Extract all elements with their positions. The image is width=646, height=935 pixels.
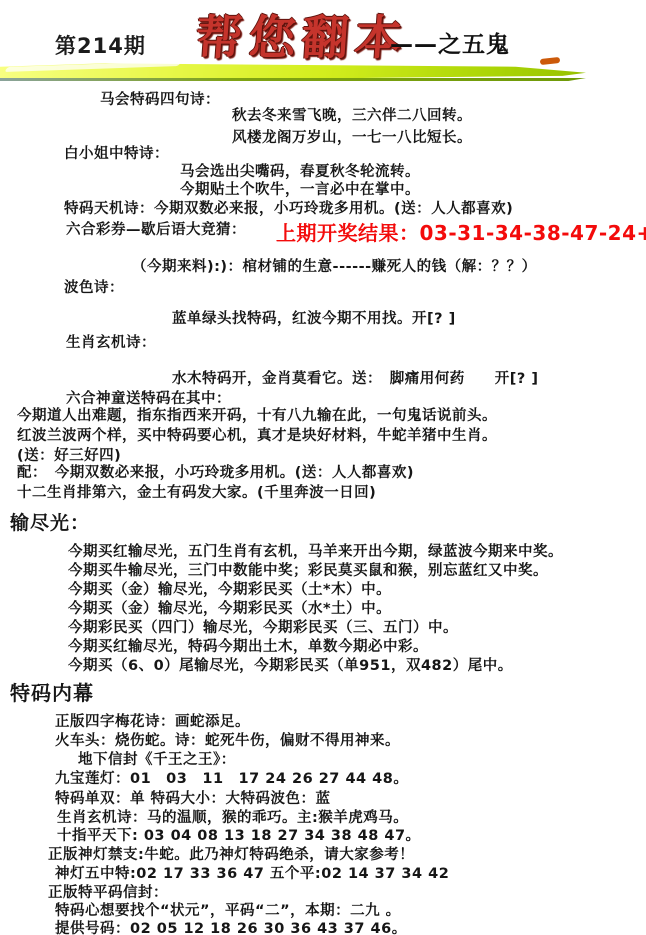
neimu-shendeng-wu-numbers: 神灯五中特:02 17 33 36 47 五个平:02 14 37 34 42	[55, 862, 449, 883]
neimu-haoma-numbers: 提供号码：02 05 12 18 26 30 36 43 37 46。	[55, 917, 407, 935]
neimu-xinfeng-line: 地下信封《千王之王》：	[78, 748, 236, 769]
shujinguang-line5: 今期彩民买（四门）输尽光，今期彩民买（三、五门）中。	[68, 616, 458, 637]
last-draw-result: 上期开奖结果：03-31-34-38-47-24+11	[276, 217, 646, 246]
shujinguang-line7: 今期买（6、0）尾输尽光，今期彩民买（单951，双482）尾中。	[68, 654, 513, 675]
shujinguang-line6: 今期买红输尽光，特码今期出土木，单数今期必中彩。	[68, 635, 428, 656]
bose-poem-label: 波色诗：	[64, 276, 124, 297]
bose-poem-line: 蓝单绿头找特码，红波今期不用找。开[? ]	[172, 307, 456, 328]
shengxiao-poem-line: 水木特码开，金肖莫看它。送： 脚痛用何药 开[? ]	[172, 367, 538, 388]
tip-sheet-page: 第214期 帮您翻本 ——之五鬼 马会特码四句诗： 秋去冬来雪飞晚，三六伴二八回…	[0, 0, 646, 935]
last-draw-result-numbers: 03-31-34-38-47-24+11	[420, 221, 646, 245]
shujinguang-line1: 今期买红输尽光，五门生肖有玄机，马羊来开出今期，绿蓝波今期来中奖。	[68, 540, 563, 561]
neimu-huochetou-line: 火车头：烧伤蛇。诗：蛇死牛伤，偏财不得用神来。	[55, 729, 400, 750]
last-draw-result-label: 上期开奖结果：	[276, 221, 420, 245]
neimu-shendeng-jin-line: 正版神灯禁支:牛蛇。此乃神灯特码绝杀，请大家参考！	[48, 843, 414, 864]
neimu-section-title: 特码内幕	[10, 677, 94, 706]
daoren-line1: 今期道人出难题，指东指西来开码，十有八九输在此，一句鬼话说前头。	[17, 404, 497, 425]
shengxiao-poem-label: 生肖玄机诗：	[66, 331, 156, 352]
baixiaojie-poem-line2: 今期贴土个吹牛，一言必中在掌中。	[180, 178, 420, 199]
xiehouyu-label: 六合彩券—歇后语大竞猜：	[66, 218, 246, 239]
ribbon-red-dash	[540, 57, 561, 65]
shujinguang-line3: 今期买（金）输尽光，今期彩民买（土*木）中。	[68, 578, 391, 599]
baixiaojie-poem-label: 白小姐中特诗：	[64, 142, 169, 163]
lailiao-riddle-line: （今期来料):)：棺材铺的生意------赚死人的钱（解：？？）	[132, 255, 537, 276]
page-subtitle: ——之五鬼	[390, 26, 510, 59]
tianji-poem-line: 特码天机诗：今期双数必来报，小巧玲珑多用机。(送：人人都喜欢)	[64, 197, 513, 218]
neimu-danshuang-line: 特码单双：单 特码大小：大特码波色：蓝	[55, 787, 331, 808]
neimu-meihua-line: 正版四字梅花诗：画蛇添足。	[55, 710, 250, 731]
page-title: 帮您翻本	[194, 1, 411, 68]
ribbon-edge	[0, 78, 586, 81]
shujinguang-line4: 今期买（金）输尽光，今期彩民买（水*土）中。	[68, 597, 391, 618]
sihang-poem-label: 马会特码四句诗：	[100, 88, 220, 109]
neimu-jiubao-numbers: 九宝莲灯：01 03 11 17 24 26 27 44 48。	[55, 767, 408, 788]
neimu-shizhi-numbers: 十指平天下: 03 04 08 13 18 27 34 38 48 47。	[57, 824, 421, 845]
issue-number: 第214期	[55, 30, 146, 60]
daoren-line2: 红波兰波两个样，买中特码要心机，真才是块好材料，牛蛇羊猪中生肖。	[17, 424, 497, 445]
sihang-poem-line1: 秋去冬来雪飞晚，三六伴二八回转。	[232, 104, 472, 125]
shujinguang-line2: 今期买牛输尽光，三门中数能中奖；彩民莫买鼠和猴，别忘蓝红又中奖。	[68, 559, 548, 580]
shier-shengxiao-line: 十二生肖排第六，金土有码发大家。(千里奔波一日回)	[17, 481, 376, 502]
pei-line: 配： 今期双数必来报，小巧玲珑多用机。(送：人人都喜欢)	[17, 461, 414, 482]
sihang-poem-line2: 风楼龙阁万岁山，一七一八比短长。	[232, 126, 472, 147]
shujinguang-section-title: 输尽光：	[10, 508, 90, 535]
